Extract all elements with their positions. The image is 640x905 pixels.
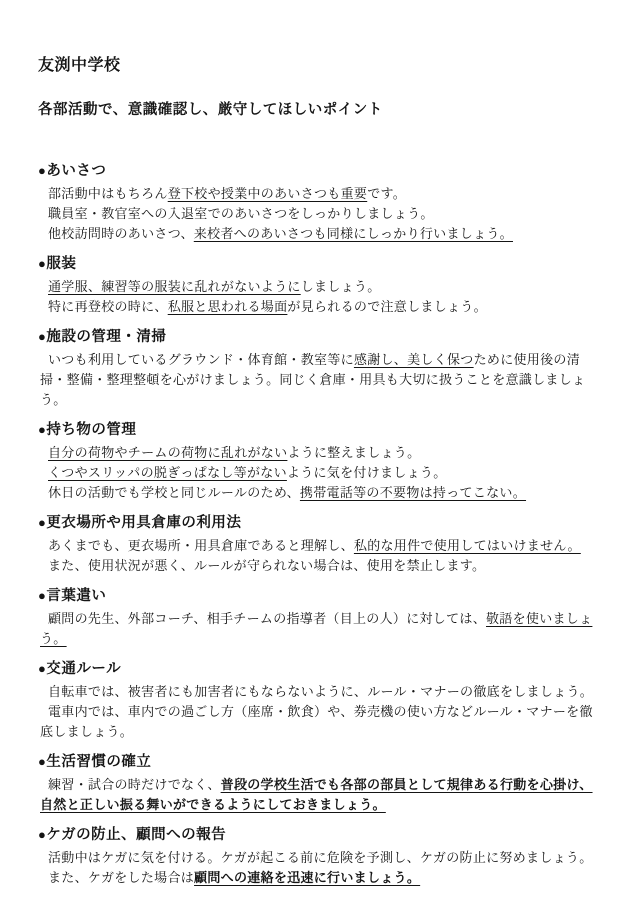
body-line: 他校訪問時のあいさつ、来校者へのあいさつも同様にしっかり行いましょう。 (40, 224, 602, 244)
section-heading: ●ケガの防止、顧問への報告 (38, 824, 602, 846)
body-line: 電車内では、車内での過ごし方（座席・飲食）や、券売機の使い方などルール・マナーを… (40, 702, 602, 742)
section: ●生活習慣の確立練習・試合の時だけでなく、普段の学校生活でも各部の部員として規律… (38, 751, 602, 815)
text-segment: 電車内では、車内での過ごし方（座席・飲食）や、券売機の使い方などルール・マナーを… (40, 704, 593, 739)
text-segment: くつやスリッパの脱ぎっぱなし等がない (48, 465, 287, 480)
text-segment: 休日の活動でも学校と同じルールのため、 (48, 485, 300, 500)
text-segment: 来校者へのあいさつも同様にしっかり行いましょう。 (194, 226, 513, 241)
text-segment: あくまでも、更衣場所・用具倉庫であると理解し、 (48, 538, 354, 553)
section-heading: ●交通ルール (38, 658, 602, 680)
section-heading-text: 更衣場所や用具倉庫の利用法 (46, 515, 241, 531)
text-segment: 感謝し、美しく保つ (354, 352, 474, 367)
body-line: 練習・試合の時だけでなく、普段の学校生活でも各部の部員として規律ある行動を心掛け… (40, 775, 602, 815)
text-segment: ように気を付けましょう。 (287, 465, 447, 480)
section-heading-text: 生活習慣の確立 (46, 754, 151, 770)
text-segment: 私服と思われる場面 (168, 299, 288, 314)
section-heading: ●生活習慣の確立 (38, 751, 602, 773)
section: ●ケガの防止、顧問への報告活動中はケガに気を付ける。ケガが起こる前に危険を予測し… (38, 824, 602, 888)
section-heading: ●更衣場所や用具倉庫の利用法 (38, 512, 602, 534)
text-segment: 特に再登校の時に、 (48, 299, 168, 314)
section-heading: ●持ち物の管理 (38, 419, 602, 441)
text-segment: 携帯電話等の不要物は持ってこない。 (300, 485, 526, 500)
section: ●施設の管理・清掃いつも利用しているグラウンド・体育館・教室等に感謝し、美しく保… (38, 326, 602, 410)
text-segment: しましょう。 (301, 279, 381, 294)
text-segment: が見られるので注意しましょう。 (287, 299, 487, 314)
body-line: 自転車では、被害者にも加害者にもならないように、ルール・マナーの徹底をしましょう… (40, 682, 602, 702)
text-segment: 顧問への連絡を迅速に行いましょう。 (194, 870, 420, 885)
body-line: いつも利用しているグラウンド・体育館・教室等に感謝し、美しく保つために使用後の清… (40, 350, 602, 410)
text-segment: 通学服、練習等の服装に乱れがないように (48, 279, 301, 294)
text-segment: 他校訪問時のあいさつ、 (48, 226, 194, 241)
section: ●交通ルール自転車では、被害者にも加害者にもならないように、ルール・マナーの徹底… (38, 658, 602, 742)
section-heading-text: 言葉遣い (46, 588, 106, 604)
section: ●服装通学服、練習等の服装に乱れがないようにしましょう。特に再登校の時に、私服と… (38, 253, 602, 317)
body-line: 休日の活動でも学校と同じルールのため、携帯電話等の不要物は持ってこない。 (40, 483, 602, 503)
section: ●更衣場所や用具倉庫の利用法あくまでも、更衣場所・用具倉庫であると理解し、私的な… (38, 512, 602, 576)
body-line: また、使用状況が悪く、ルールが守られない場合は、使用を禁止します。 (40, 556, 602, 576)
text-segment: 練習・試合の時だけでなく、 (48, 777, 221, 792)
text-segment: です。 (367, 186, 406, 201)
section-heading-text: ケガの防止、顧問への報告 (46, 827, 226, 843)
text-segment: 自転車では、被害者にも加害者にもならないように、ルール・マナーの徹底をしましょう… (48, 684, 593, 699)
section-heading-text: 交通ルール (46, 661, 121, 677)
text-segment: 私的な用件で使用してはいけません。 (354, 538, 581, 553)
text-segment: 部活動中はもちろん (48, 186, 168, 201)
text-segment: また、使用状況が悪く、ルールが守られない場合は、使用を禁止します。 (48, 558, 485, 573)
text-segment: 自分の荷物やチームの荷物に乱れがない (48, 445, 287, 460)
section: ●持ち物の管理自分の荷物やチームの荷物に乱れがないように整えましょう。くつやスリ… (38, 419, 602, 503)
section-heading-text: 持ち物の管理 (46, 422, 136, 438)
body-line: 特に再登校の時に、私服と思われる場面が見られるので注意しましょう。 (40, 297, 602, 317)
body-line: くつやスリッパの脱ぎっぱなし等がないように気を付けましょう。 (40, 463, 602, 483)
document-page: 友渕中学校 各部活動で、意識確認し、厳守してほしいポイント ●あいさつ部活動中は… (0, 0, 640, 905)
text-segment: ように整えましょう。 (287, 445, 420, 460)
text-segment: また、ケガをした場合は (48, 870, 194, 885)
body-line: 自分の荷物やチームの荷物に乱れがないように整えましょう。 (40, 443, 602, 463)
text-segment: 活動中はケガに気を付ける。ケガが起こる前に危険を予測し、ケガの防止に努めましょう… (48, 850, 593, 865)
body-line: 通学服、練習等の服装に乱れがないようにしましょう。 (40, 277, 602, 297)
section-heading: ●言葉遣い (38, 585, 602, 607)
text-segment: 登下校や授業中のあいさつも重要 (168, 186, 368, 201)
section-heading: ●施設の管理・清掃 (38, 326, 602, 348)
body-line: 活動中はケガに気を付ける。ケガが起こる前に危険を予測し、ケガの防止に努めましょう… (40, 848, 602, 868)
text-segment: 顧問の先生、外部コーチ、相手チームの指導者（目上の人）に対しては、 (48, 611, 486, 626)
section-heading-text: 施設の管理・清掃 (46, 329, 166, 345)
page-subtitle: 各部活動で、意識確認し、厳守してほしいポイント (38, 100, 602, 120)
body-line: 顧問の先生、外部コーチ、相手チームの指導者（目上の人）に対しては、敬語を使いまし… (40, 609, 602, 649)
body-line: 職員室・教官室への入退室でのあいさつをしっかりしましょう。 (40, 204, 602, 224)
body-line: また、ケガをした場合は顧問への連絡を迅速に行いましょう。 (40, 868, 602, 888)
text-segment: いつも利用しているグラウンド・体育館・教室等に (48, 352, 354, 367)
body-line: あくまでも、更衣場所・用具倉庫であると理解し、私的な用件で使用してはいけません。 (40, 536, 602, 556)
section-heading: ●あいさつ (38, 160, 602, 182)
section-heading-text: 服装 (46, 256, 76, 272)
page-title: 友渕中学校 (38, 56, 602, 76)
section-heading: ●服装 (38, 253, 602, 275)
section: ●言葉遣い顧問の先生、外部コーチ、相手チームの指導者（目上の人）に対しては、敬語… (38, 585, 602, 649)
section: ●あいさつ部活動中はもちろん登下校や授業中のあいさつも重要です。職員室・教官室へ… (38, 160, 602, 244)
text-segment: 職員室・教官室への入退室でのあいさつをしっかりしましょう。 (48, 206, 434, 221)
body-line: 部活動中はもちろん登下校や授業中のあいさつも重要です。 (40, 184, 602, 204)
document-sections: ●あいさつ部活動中はもちろん登下校や授業中のあいさつも重要です。職員室・教官室へ… (38, 160, 602, 888)
section-heading-text: あいさつ (46, 163, 106, 179)
